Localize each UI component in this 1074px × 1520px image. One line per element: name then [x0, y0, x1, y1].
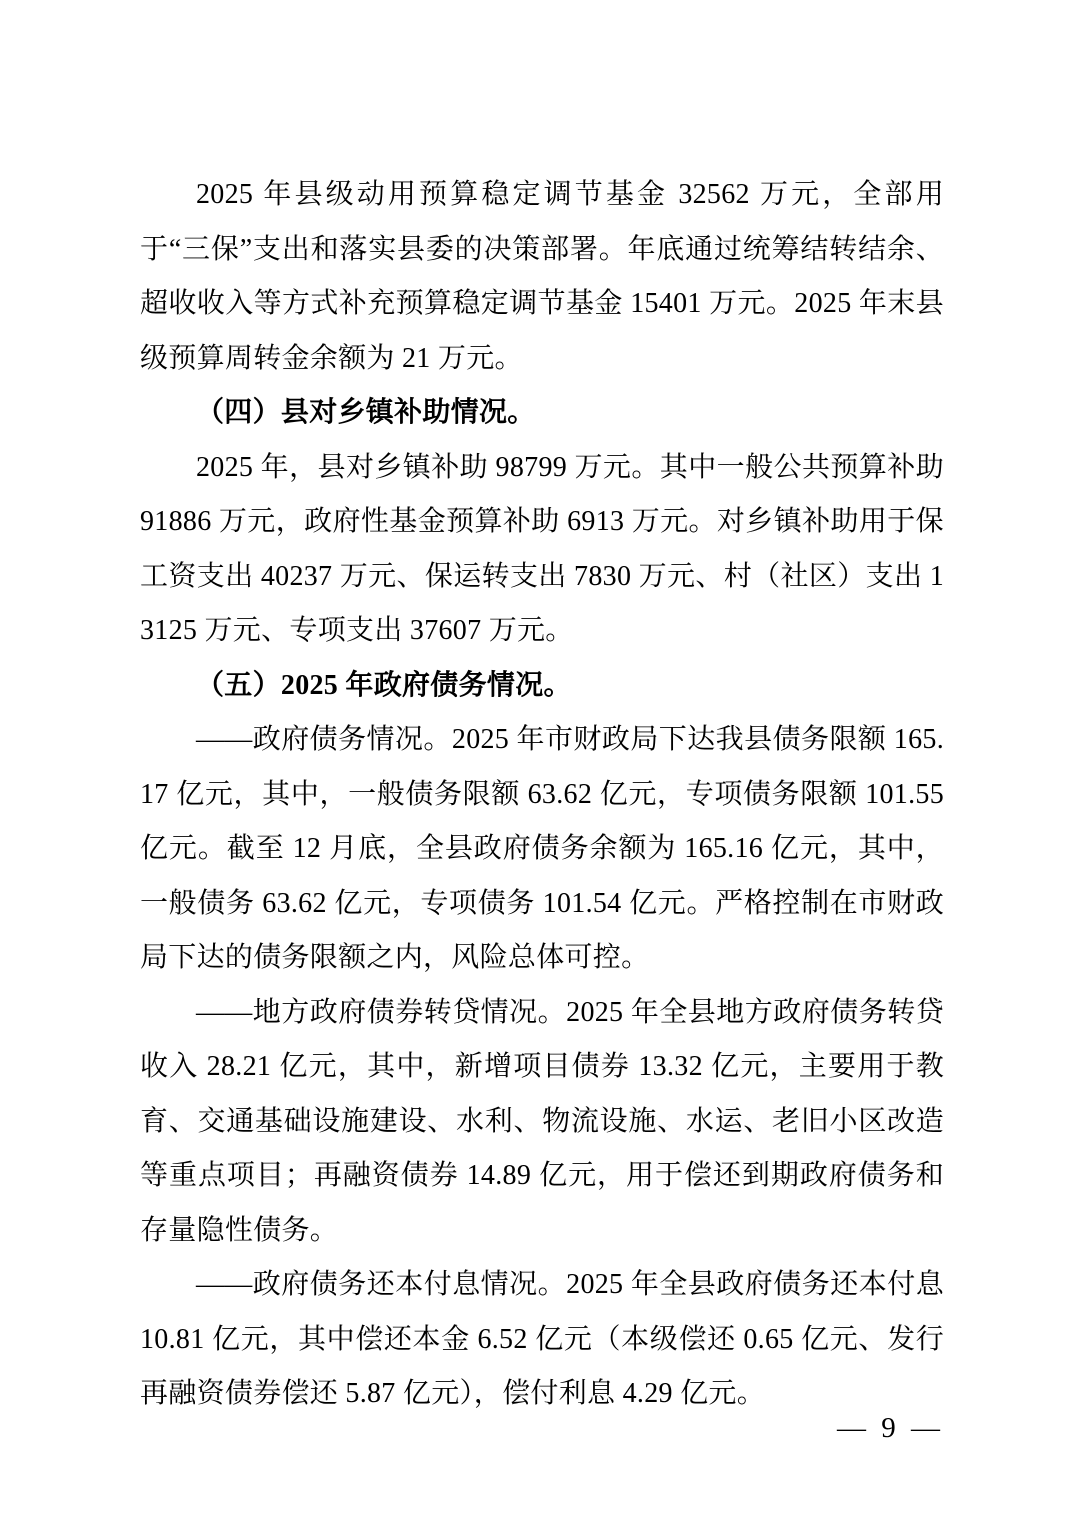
- heading-text: （五）2025 年政府债务情况。: [196, 670, 572, 701]
- paragraph-lead: ——政府债务还本付息情况。: [196, 1269, 566, 1300]
- section-5-heading: （五）2025 年政府债务情况。: [140, 659, 944, 714]
- paragraph-text: 2025 年全县地方政府债务转贷收入 28.21 亿元，其中，新增项目债券 13…: [140, 997, 944, 1246]
- debt-service-paragraph: ——政府债务还本付息情况。2025 年全县政府债务还本付息 10.81 亿元，其…: [140, 1258, 944, 1422]
- paragraph-lead: ——政府债务情况。: [196, 724, 452, 755]
- page-number: — 9 —: [837, 1408, 944, 1448]
- township-subsidy-paragraph: 2025 年，县对乡镇补助 98799 万元。其中一般公共预算补助 91886 …: [140, 441, 944, 659]
- paragraph-lead: ——地方政府债券转贷情况。: [196, 997, 566, 1028]
- document-body: 2025 年县级动用预算稳定调节基金 32562 万元，全部用于“三保”支出和落…: [140, 168, 944, 1422]
- section-4-heading: （四）县对乡镇补助情况。: [140, 386, 944, 441]
- heading-text: （四）县对乡镇补助情况。: [196, 397, 536, 428]
- paragraph-text: 2025 年，县对乡镇补助 98799 万元。其中一般公共预算补助 91886 …: [140, 452, 944, 647]
- paragraph-text: 2025 年市财政局下达我县债务限额 165.17 亿元，其中，一般债务限额 6…: [140, 724, 944, 973]
- document-page: 2025 年县级动用预算稳定调节基金 32562 万元，全部用于“三保”支出和落…: [0, 0, 1074, 1520]
- stabilization-fund-paragraph: 2025 年县级动用预算稳定调节基金 32562 万元，全部用于“三保”支出和落…: [140, 168, 944, 386]
- bond-onlending-paragraph: ——地方政府债券转贷情况。2025 年全县地方政府债务转贷收入 28.21 亿元…: [140, 986, 944, 1259]
- debt-status-paragraph: ——政府债务情况。2025 年市财政局下达我县债务限额 165.17 亿元，其中…: [140, 713, 944, 986]
- paragraph-text: 2025 年县级动用预算稳定调节基金 32562 万元，全部用于“三保”支出和落…: [140, 179, 944, 374]
